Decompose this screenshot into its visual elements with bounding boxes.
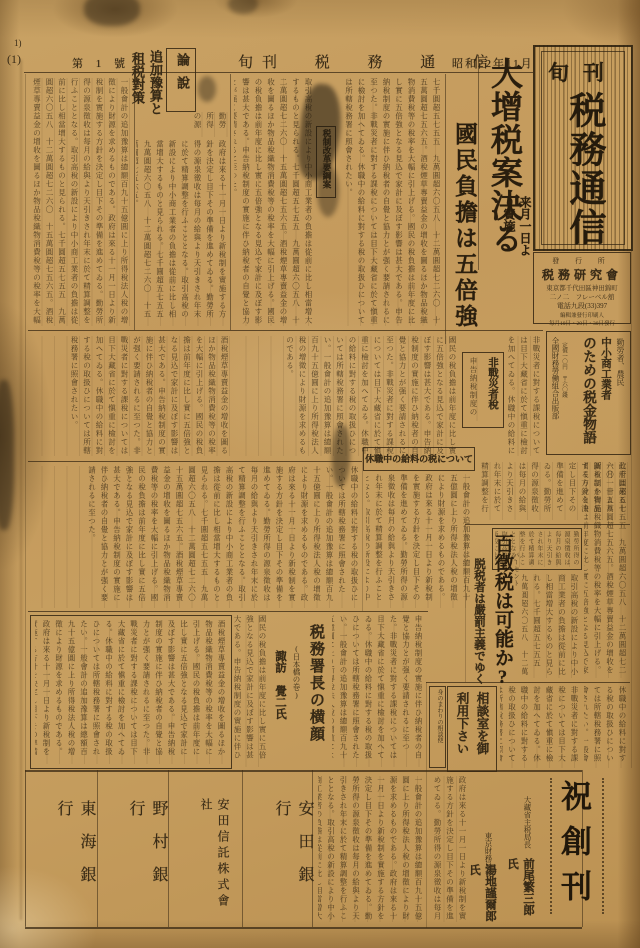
yokogao-header: 税務署長の横顔	[306, 624, 327, 752]
book-ad: 勤勞者、農民 中小商工業者 のための税金物語 定價一〇円 〒六〇錢 全國財務勞働…	[546, 331, 631, 455]
edge-stain	[0, 380, 14, 530]
column-rule-3	[445, 74, 446, 344]
sodan-box: 相談室を御利用下さい	[447, 686, 497, 772]
publisher-note2: 毎月10日・20日・30日發行	[534, 319, 630, 327]
article-text: 申告納稅制度の實施に伴ひ納稅者の自覺と協力とが强く要請されるに至つた。	[465, 357, 479, 421]
yokogao-author: 諏訪 覺二氏	[272, 650, 288, 740]
book-ad-price: 定價一〇円 〒六〇錢	[560, 342, 568, 442]
congrats-block: 祝創刊 大藏省主税局長 前尾繁三郎氏 東京財務局長 湯地謹爾郎氏 政府は來る十一…	[430, 772, 580, 926]
article-text: 休職中の給料に對する稅の取扱ひについては所轄稅務署に照會されたい。一般會計の追加…	[30, 466, 360, 608]
edge-stain	[84, 0, 140, 26]
article-text: 七千圓超五七五五 九萬圓超六〇五八 十二萬圓超七二六〇 十五萬圓超七五六五。酒稅…	[336, 78, 442, 326]
article-text: 酒稅煙草專賣益金の增收を圖るほか物品稅織物消費稅等の稅率を大幅に引上げる。國民の…	[35, 620, 227, 764]
fold-crease	[20, 60, 22, 920]
congrats-name1: 前尾繁三郎氏	[504, 858, 536, 924]
editorial-title-line2: 租税對策	[128, 52, 147, 128]
congrats-dotted-rule-right	[602, 778, 604, 914]
publisher-box: 發 行 所 税務研究會 東京都千代田區神田錦町 二ノ二 フレーベル舘 電話九段(…	[533, 252, 631, 324]
bank-ad-tokai: 東海銀行	[52, 800, 98, 922]
masthead-title: 税務通信	[556, 91, 610, 247]
publisher-address1: 東京都千代田區神田錦町	[534, 283, 630, 292]
nonwar-header: 非戰災者稅	[485, 357, 500, 423]
headline-sub: 来月一日より實施	[501, 196, 533, 266]
ads-divider-3	[242, 770, 243, 927]
page-number-top: 1)	[14, 38, 22, 48]
bank-ad-yasuda: 安田銀行	[270, 800, 316, 922]
article-text: 一般會計の追加豫算は總額百九十五億圓に上り所得稅法人稅の增徵により財源を求めるも…	[318, 776, 424, 922]
edge-stain	[228, 0, 258, 14]
kyushoku-box: 休職中の給料の税について	[363, 447, 475, 471]
bank-ad-nomura: 野村銀行	[124, 800, 170, 922]
editorial-label: 論說	[166, 48, 196, 112]
nonwar-box: 非戰災者稅 申告納稅制度の實施に伴ひ納稅者の自覺と協力とが强く要請されるに至つた…	[462, 352, 504, 428]
kyushoku-header: 休職中の給料の税について	[364, 452, 474, 465]
article-text: 勤勞所得の源泉徵收は每月の給與より天引きされ年末に於て精算調整を行ふこととなる。	[190, 112, 228, 137]
book-ad-publisher: 全國財務勞働組合出版部	[550, 337, 561, 449]
article-text: 七千圓超五七五五 九萬圓超六〇五八 十二萬圓超七二六〇 十五萬圓超七五六五。酒稅…	[584, 462, 628, 678]
publisher-note1: 編輯兼發行印刷人	[534, 311, 630, 319]
section-rule	[28, 611, 428, 612]
ads-bottom-rule	[25, 927, 582, 929]
yokogao-subtitle: (日本橋の卷)	[291, 644, 302, 714]
article-text: 酒稅煙草專賣益金の增收を圖るほか物品稅織物消費稅等の稅率を大幅に引上げる。國民の…	[30, 336, 230, 456]
bank-ad-yasuda-trust: 安田信託株式會社	[198, 798, 232, 924]
article-text: 非戰災者に對する課稅については目下大藏省に於て愼重に檢討を加へてゐる。休職中の給…	[500, 686, 580, 768]
column-rule-5	[362, 447, 363, 611]
section-rule	[426, 682, 630, 683]
sodan-note: 身のまわりの相談便	[429, 686, 446, 768]
book-ad-line2: 中小商工業者	[598, 337, 613, 437]
issue-number: 第 1 號	[72, 55, 130, 71]
article-text: 政府は來る十一月一日より新稅制を實施する方針を決定し目下その準備を進めてゐる。勤…	[136, 140, 228, 326]
sodan-header: 相談室を御利用下さい	[452, 692, 492, 766]
congrats-name1-title: 大藏省主税局長	[522, 796, 533, 856]
masthead-box: 旬刊 税務通信	[533, 45, 633, 251]
publisher-phone: 電話九段(33)397	[534, 301, 630, 311]
article-text: 取引高稅の新設により中小商工業者の負擔は從前に比し相當增大するものと見られる。七…	[522, 574, 580, 678]
feature-article-box: 酒稅煙草專賣益金の增收を圖るほか物品稅織物消費稅等の稅率を大幅に引上げる。國民の…	[30, 615, 232, 769]
section-rule	[28, 330, 543, 331]
article-text: 休職中の給料に對する稅の取扱ひについては所轄稅務署に照會されたい。一般會計の追加…	[584, 686, 628, 768]
masthead-periodicity: 旬刊	[535, 57, 631, 87]
book-ad-title: のための税金物語	[578, 336, 598, 450]
article-text: 一般會計の追加豫算は總額百九十五億圓に上り所得稅法人稅の增徵により財源を求めるも…	[30, 78, 130, 326]
publisher-address2: 二ノ二 フレーベル舘	[534, 292, 630, 301]
publisher-name: 税務研究會	[534, 266, 630, 283]
hyaku-furigana: パーセント	[511, 552, 520, 592]
article-text: 非戰災者に對する課稅については目下大藏省に於て愼重に檢討を加へてゐる。休職中の給…	[506, 336, 542, 456]
article-text: 一般會計の追加豫算は總額百九十五億圓に上り所得稅法人稅の增徵により財源を求めるも…	[366, 474, 472, 608]
article-text: 申告納稅制度の實施に伴ひ納稅者の自覺と協力とが强く要請されるに至つた。非戰災者に…	[332, 615, 424, 767]
column-rule-2	[230, 74, 231, 330]
ads-left-rule	[25, 770, 26, 927]
page-number: (1)	[7, 52, 21, 67]
newspaper-page: 1) (1) 第 1 號 旬刊 税 務 通 信 昭和22年11月10日 旬刊 税…	[0, 0, 640, 948]
publisher-label: 發 行 所	[534, 256, 630, 266]
article-text: 政府は來る十一月一日より新稅制を實施する方針を決定し目下その準備を進めてゐる。勤…	[432, 776, 468, 922]
column-rule-7	[426, 682, 427, 928]
section-rule	[28, 461, 362, 462]
editorial-title-line1: 追加豫算と	[146, 50, 165, 140]
ink-smudge	[198, 76, 216, 102]
congrats-title: 祝創刊	[551, 780, 596, 920]
book-ad-line1: 勤勞者、農民	[615, 338, 626, 418]
ink-smudge	[317, 165, 339, 217]
article-text: 國民の稅負擔は前年度に比し實に五倍強となる見込で家計に及ぼす影響は甚大である。申…	[234, 615, 268, 767]
headline-second: 國民負擔は五倍強	[448, 122, 481, 352]
congrats-name2: 湯地謹爾郎氏	[466, 864, 498, 926]
